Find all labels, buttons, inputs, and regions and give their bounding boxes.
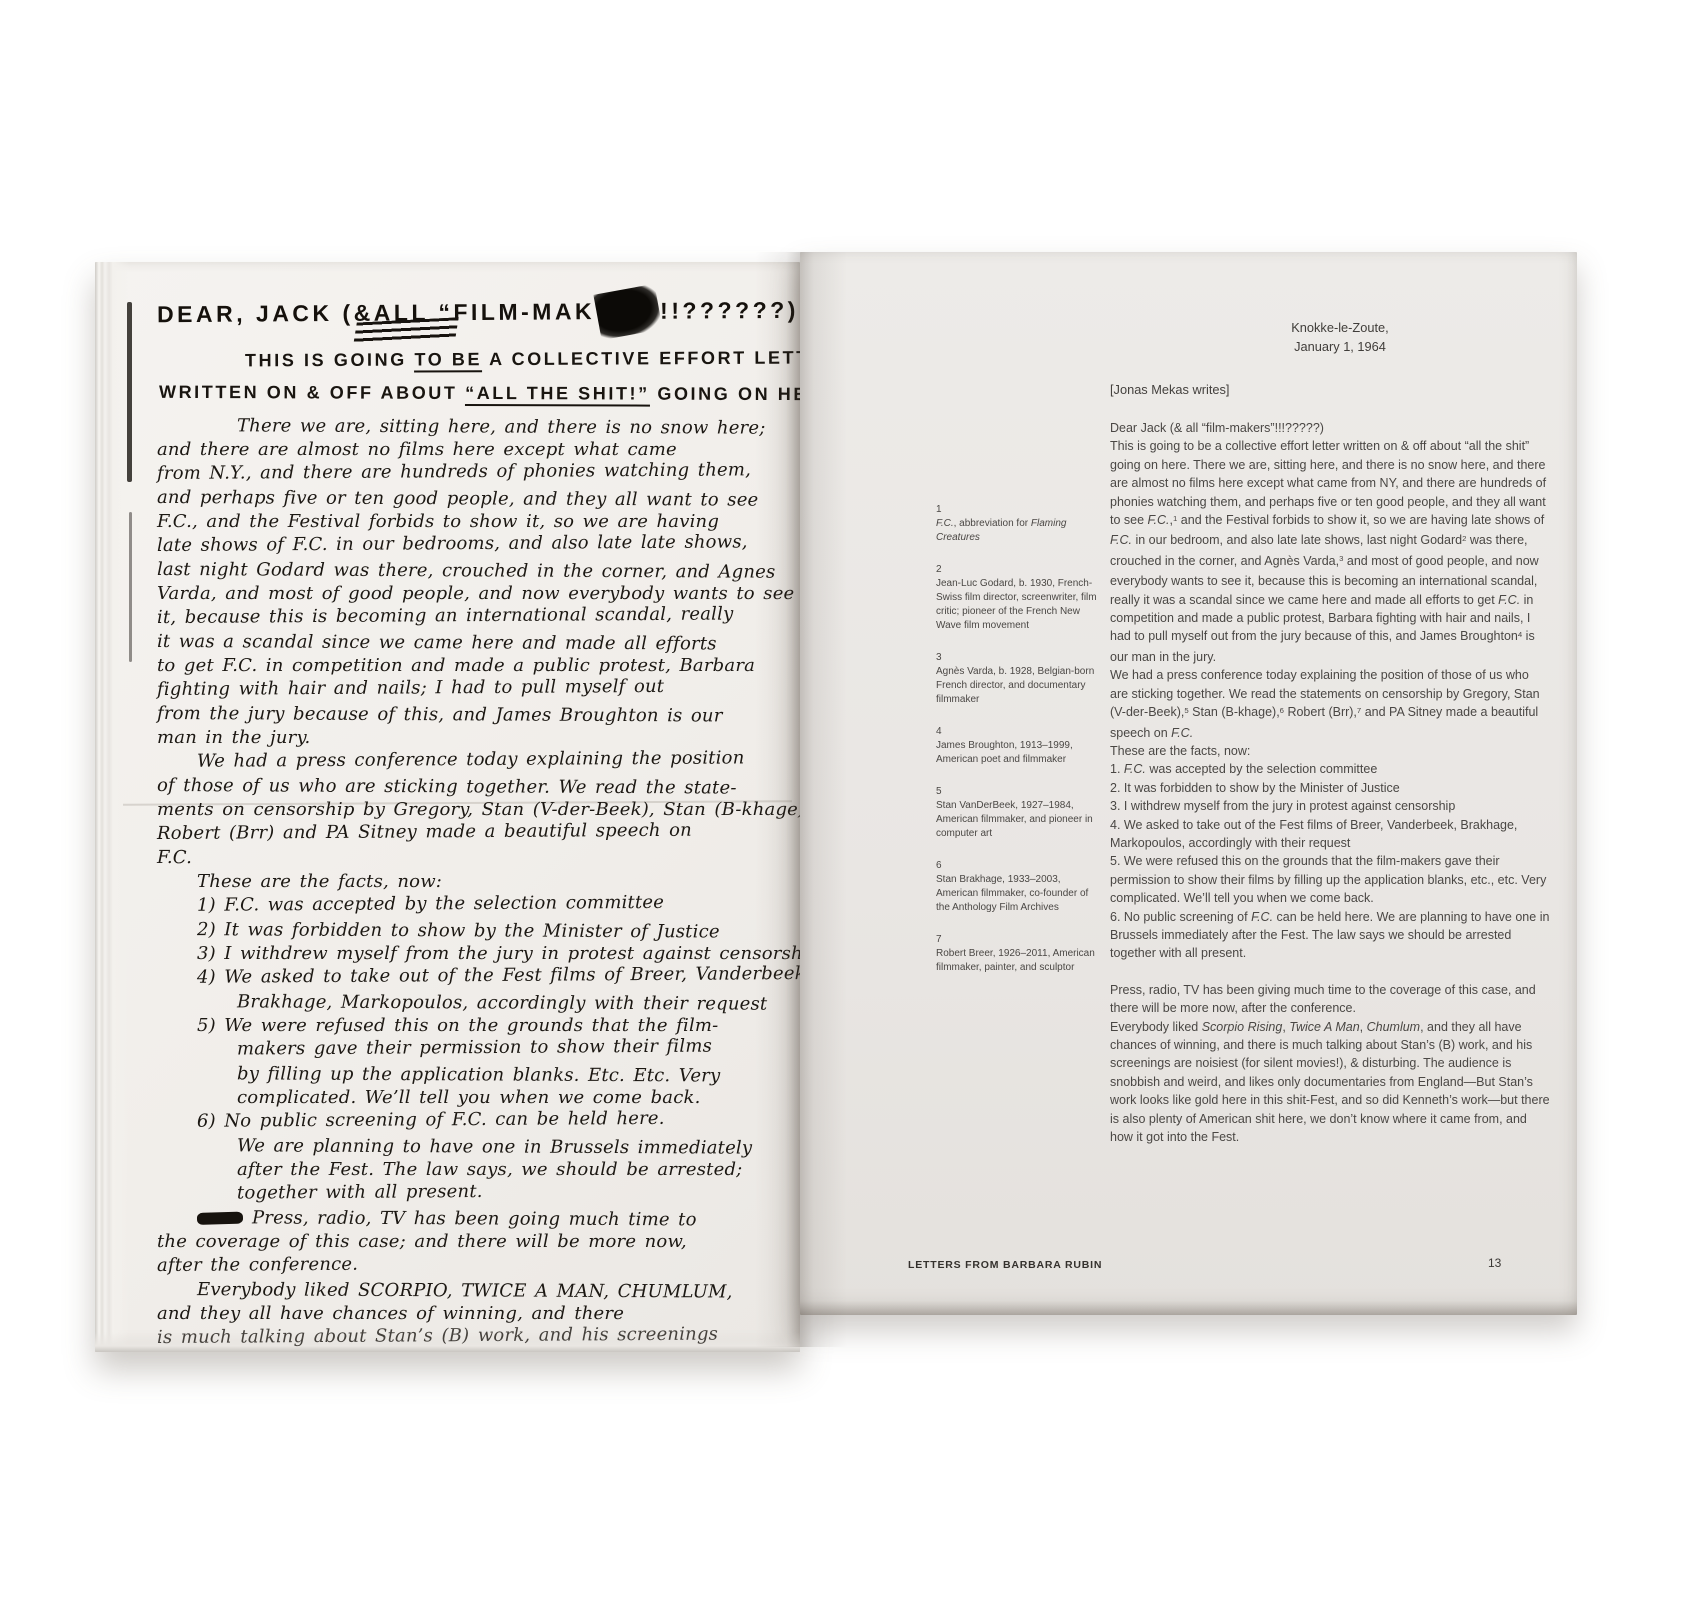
footnote-number: 4 <box>936 725 1104 739</box>
letter-body-text: Dear Jack (& all “film-makers”!!!?????)T… <box>1110 419 1550 1146</box>
handwriting-line: We had a press conference today explaini… <box>157 746 794 774</box>
footnote: 3Agnès Varda, b. 1928, Belgian-born Fren… <box>936 651 1104 707</box>
handwriting-line: Everybody liked SCORPIO, TWICE A MAN, CH… <box>157 1278 794 1305</box>
footnote-text: Robert Breer, 1926–2011, American filmma… <box>936 947 1104 975</box>
handwriting-line: 4) We asked to take out of the Fest film… <box>157 962 794 990</box>
handwriting-line: 1) F.C. was accepted by the selection co… <box>157 890 794 918</box>
footnote: 7Robert Breer, 1926–2011, American filmm… <box>936 933 1104 975</box>
body-paragraph: 4. We asked to take out of the Fest film… <box>1110 816 1550 853</box>
ink-blotch <box>593 284 662 340</box>
handwriting-line: and perhaps five or ten good people, and… <box>157 486 794 513</box>
dateline-place: Knokke-le-Zoute, <box>1180 318 1500 337</box>
handwriting-line: 6) No public screening of F.C. can be he… <box>157 1106 794 1134</box>
footnote: 4James Broughton, 1913–1999, American po… <box>936 725 1104 767</box>
handwriting-line: fighting with hair and nails; I had to p… <box>157 674 794 702</box>
body-paragraph: Dear Jack (& all “film-makers”!!!?????) <box>1110 419 1550 437</box>
handwriting-line: from N.Y., and there are hundreds of pho… <box>157 458 794 486</box>
book-spread: DEAR, JACK (&ALL “FILM-MAK!!??????) THIS… <box>95 252 1577 1352</box>
footnote: 5Stan VanDerBeek, 1927–1984, American fi… <box>936 785 1104 841</box>
footnote-number: 2 <box>936 563 1104 577</box>
page-number: 13 <box>1488 1256 1501 1270</box>
scan-edge-artifact <box>129 512 132 662</box>
running-footer: LETTERS FROM BARBARA RUBIN <box>908 1259 1102 1271</box>
footnote-number: 5 <box>936 785 1104 799</box>
body-paragraph: These are the facts, now: <box>1110 742 1550 760</box>
body-paragraph: 6. No public screening of F.C. can be he… <box>1110 908 1550 963</box>
handwriting-line: by filling up the application blanks. Et… <box>157 1062 794 1089</box>
handwriting-line: of those of us who are sticking together… <box>157 774 794 801</box>
handwritten-letter: DEAR, JACK (&ALL “FILM-MAK!!??????) THIS… <box>157 290 794 1350</box>
handwriting-line: it was a scandal since we came here and … <box>157 630 794 657</box>
handwriting-line: after the conference. <box>157 1250 794 1278</box>
handwriting-line: We are planning to have one in Brussels … <box>157 1134 794 1161</box>
body-paragraph: 3. I withdrew myself from the jury in pr… <box>1110 797 1550 815</box>
scan-edge-artifact <box>127 302 132 482</box>
handwriting-line: it, because this is becoming an internat… <box>157 602 794 630</box>
footnote-number: 3 <box>936 651 1104 665</box>
footnote: 1F.C., abbreviation for Flaming Creature… <box>936 503 1104 545</box>
footnote-text: James Broughton, 1913–1999, American poe… <box>936 739 1104 767</box>
footnote: 6Stan Brakhage, 1933–2003, American film… <box>936 859 1104 915</box>
footnote-text: Agnès Varda, b. 1928, Belgian-born Frenc… <box>936 665 1104 707</box>
handwriting-line: Press, radio, TV has been going much tim… <box>157 1206 794 1233</box>
body-paragraph: Everybody liked Scorpio Rising, Twice A … <box>1110 1018 1550 1147</box>
left-page-handwritten-letter: DEAR, JACK (&ALL “FILM-MAK!!??????) THIS… <box>95 262 800 1352</box>
footnote-number: 6 <box>936 859 1104 873</box>
handwriting-line: last night Godard was there, crouched in… <box>157 558 794 585</box>
handwriting-line: There we are, sitting here, and there is… <box>157 414 794 441</box>
attribution-note: [Jonas Mekas writes] <box>1110 382 1229 397</box>
footnote: 2Jean-Luc Godard, b. 1930, French-Swiss … <box>936 563 1104 633</box>
handwriting-line: together with all present. <box>157 1178 794 1206</box>
footnotes-column: 1F.C., abbreviation for Flaming Creature… <box>936 503 1104 993</box>
page-edges-left <box>95 262 129 1352</box>
body-paragraph: This is going to be a collective effort … <box>1110 437 1550 666</box>
scribbled-out-word <box>197 1212 243 1225</box>
handwriting-line: F.C. <box>157 846 794 873</box>
footnote-text: Stan VanDerBeek, 1927–1984, American fil… <box>936 799 1104 841</box>
handwriting-line: 2) It was forbidden to show by the Minis… <box>157 918 794 945</box>
heading-text: !!??????) <box>660 297 799 324</box>
handwriting-body: There we are, sitting here, and there is… <box>157 414 794 1350</box>
footnote-text: Jean-Luc Godard, b. 1930, French-Swiss f… <box>936 577 1104 633</box>
handwriting-line: Brakhage, Markopoulos, accordingly with … <box>157 990 794 1017</box>
footnote-text: F.C., abbreviation for Flaming Creatures <box>936 517 1104 545</box>
body-paragraph: 5. We were refused this on the grounds t… <box>1110 852 1550 907</box>
page-bottom-shading <box>800 1301 1577 1315</box>
body-paragraph: 2. It was forbidden to show by the Minis… <box>1110 779 1550 797</box>
handwriting-line: Robert (Brr) and PA Sitney made a beauti… <box>157 818 794 846</box>
footnote-number: 7 <box>936 933 1104 947</box>
footnote-number: 1 <box>936 503 1104 517</box>
handwriting-line: late shows of F.C. in our bedrooms, and … <box>157 530 794 558</box>
body-paragraph: We had a press conference today explaini… <box>1110 666 1550 742</box>
handwriting-heading-line: WRITTEN ON & OFF ABOUT “ALL THE SHIT!” G… <box>159 379 794 407</box>
footnote-text: Stan Brakhage, 1933–2003, American filmm… <box>936 873 1104 915</box>
handwriting-line: from the jury because of this, and James… <box>157 702 794 729</box>
body-paragraph: 1. F.C. was accepted by the selection co… <box>1110 760 1550 778</box>
handwriting-heading-line: DEAR, JACK (&ALL “FILM-MAK!!??????) <box>157 288 794 332</box>
right-page-typeset-transcription: Knokke-le-Zoute, January 1, 1964 [Jonas … <box>800 252 1577 1315</box>
dateline: Knokke-le-Zoute, January 1, 1964 <box>1180 318 1500 356</box>
dateline-date: January 1, 1964 <box>1180 337 1500 356</box>
handwriting-line: is much talking about Stan’s (B) work, a… <box>157 1322 794 1350</box>
body-paragraph: Press, radio, TV has been giving much ti… <box>1110 981 1550 1018</box>
handwriting-line: makers gave their permission to show the… <box>157 1034 794 1062</box>
handwriting-heading-line: THIS IS GOING TO BE A COLLECTIVE EFFORT … <box>245 345 794 374</box>
